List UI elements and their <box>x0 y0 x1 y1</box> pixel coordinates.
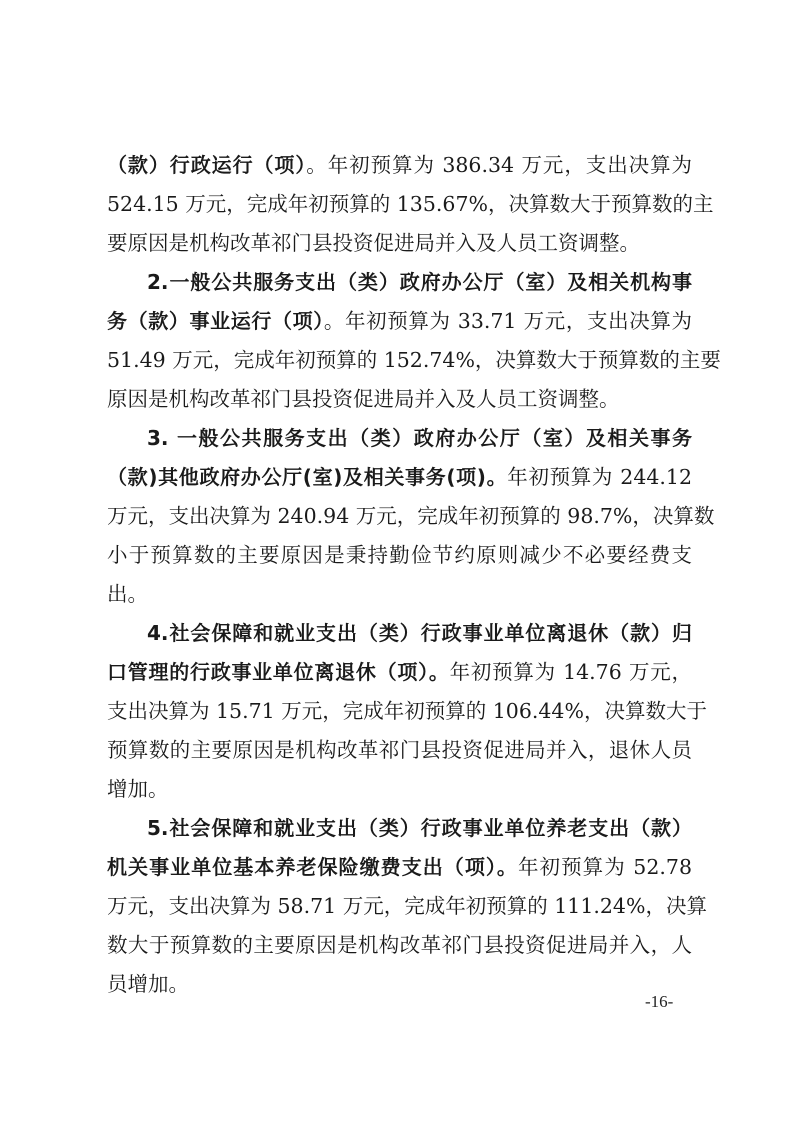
item-body: 。年初预算为 33.71 万元，支出决算为 <box>324 309 692 333</box>
item-body: 万元，支出决算为 58.71 万元，完成年初预算的 111.24%，决算 <box>107 894 707 918</box>
page-number: -16- <box>645 992 673 1012</box>
text-line: 预算数的主要原因是机构改革祁门县投资促进局并入，退休人员 <box>107 731 692 770</box>
item-title: 务（款）事业运行（项） <box>107 309 324 333</box>
item-body: 年初预算为 52.78 <box>518 855 692 879</box>
item-title: 4.社会保障和就业支出（类）行政事业单位离退休（款）归 <box>147 621 692 645</box>
text-line: 口管理的行政事业单位离退休（项）。年初预算为 14.76 万元， <box>107 653 692 692</box>
text-line: 5.社会保障和就业支出（类）行政事业单位养老支出（款） <box>147 809 692 848</box>
item-body: 出。 <box>107 582 148 606</box>
item-body: 年初预算为 14.76 万元， <box>450 660 692 684</box>
item-body: 预算数的主要原因是机构改革祁门县投资促进局并入，退休人员 <box>107 738 692 762</box>
item-title: 2.一般公共服务支出（类）政府办公厅（室）及相关机构事 <box>147 270 692 294</box>
item-title: 3. 一般公共服务支出（类）政府办公厅（室）及相关事务 <box>147 426 692 450</box>
text-line: 3. 一般公共服务支出（类）政府办公厅（室）及相关事务 <box>147 419 692 458</box>
item-body: 51.49 万元，完成年初预算的 152.74%，决算数大于预算数的主要 <box>107 348 721 372</box>
text-line: 原因是机构改革祁门县投资促进局并入及人员工资调整。 <box>107 380 692 419</box>
text-line: 务（款）事业运行（项）。年初预算为 33.71 万元，支出决算为 <box>107 302 692 341</box>
item-body: 要原因是机构改革祁门县投资促进局并入及人员工资调整。 <box>107 231 640 255</box>
item-title: 5.社会保障和就业支出（类）行政事业单位养老支出（款） <box>147 816 692 840</box>
text-line: 2.一般公共服务支出（类）政府办公厅（室）及相关机构事 <box>147 263 692 302</box>
text-line: 4.社会保障和就业支出（类）行政事业单位离退休（款）归 <box>147 614 692 653</box>
text-line: （款）行政运行（项）。年初预算为 386.34 万元，支出决算为 <box>107 146 692 185</box>
text-line: （款)其他政府办公厅(室)及相关事务(项)。年初预算为 244.12 <box>107 458 692 497</box>
item-body: 万元，支出决算为 240.94 万元，完成年初预算的 98.7%，决算数 <box>107 504 714 528</box>
item-body: 数大于预算数的主要原因是机构改革祁门县投资促进局并入，人 <box>107 933 692 957</box>
item-body: 524.15 万元，完成年初预算的 135.67%，决算数大于预算数的主 <box>107 192 713 216</box>
text-line: 增加。 <box>107 770 692 809</box>
item-body: 小于预算数的主要原因是秉持勤俭节约原则减少不必要经费支 <box>107 543 692 567</box>
text-line: 支出决算为 15.71 万元，完成年初预算的 106.44%，决算数大于 <box>107 692 692 731</box>
text-line: 员增加。 <box>107 965 692 1004</box>
text-line: 机关事业单位基本养老保险缴费支出（项）。年初预算为 52.78 <box>107 848 692 887</box>
item-title: 机关事业单位基本养老保险缴费支出（项）。 <box>107 855 518 879</box>
item-title: （款)其他政府办公厅(室)及相关事务(项)。 <box>107 465 507 489</box>
text-line: 524.15 万元，完成年初预算的 135.67%，决算数大于预算数的主 <box>107 185 692 224</box>
item-body: 员增加。 <box>107 972 189 996</box>
item-body: 增加。 <box>107 777 169 801</box>
item-title: （款）行政运行（项） <box>107 153 306 177</box>
text-line: 数大于预算数的主要原因是机构改革祁门县投资促进局并入，人 <box>107 926 692 965</box>
text-line: 小于预算数的主要原因是秉持勤俭节约原则减少不必要经费支 <box>107 536 692 575</box>
text-line: 要原因是机构改革祁门县投资促进局并入及人员工资调整。 <box>107 224 692 263</box>
text-line: 51.49 万元，完成年初预算的 152.74%，决算数大于预算数的主要 <box>107 341 692 380</box>
item-body: 年初预算为 244.12 <box>507 465 692 489</box>
document-page: （款）行政运行（项）。年初预算为 386.34 万元，支出决算为 524.15 … <box>0 0 793 1122</box>
text-line: 万元，支出决算为 240.94 万元，完成年初预算的 98.7%，决算数 <box>107 497 692 536</box>
text-line: 出。 <box>107 575 692 614</box>
item-body: 。年初预算为 386.34 万元，支出决算为 <box>306 153 692 177</box>
item-body: 支出决算为 15.71 万元，完成年初预算的 106.44%，决算数大于 <box>107 699 707 723</box>
item-title: 口管理的行政事业单位离退休（项）。 <box>107 660 450 684</box>
text-line: 万元，支出决算为 58.71 万元，完成年初预算的 111.24%，决算 <box>107 887 692 926</box>
item-body: 原因是机构改革祁门县投资促进局并入及人员工资调整。 <box>107 387 620 411</box>
